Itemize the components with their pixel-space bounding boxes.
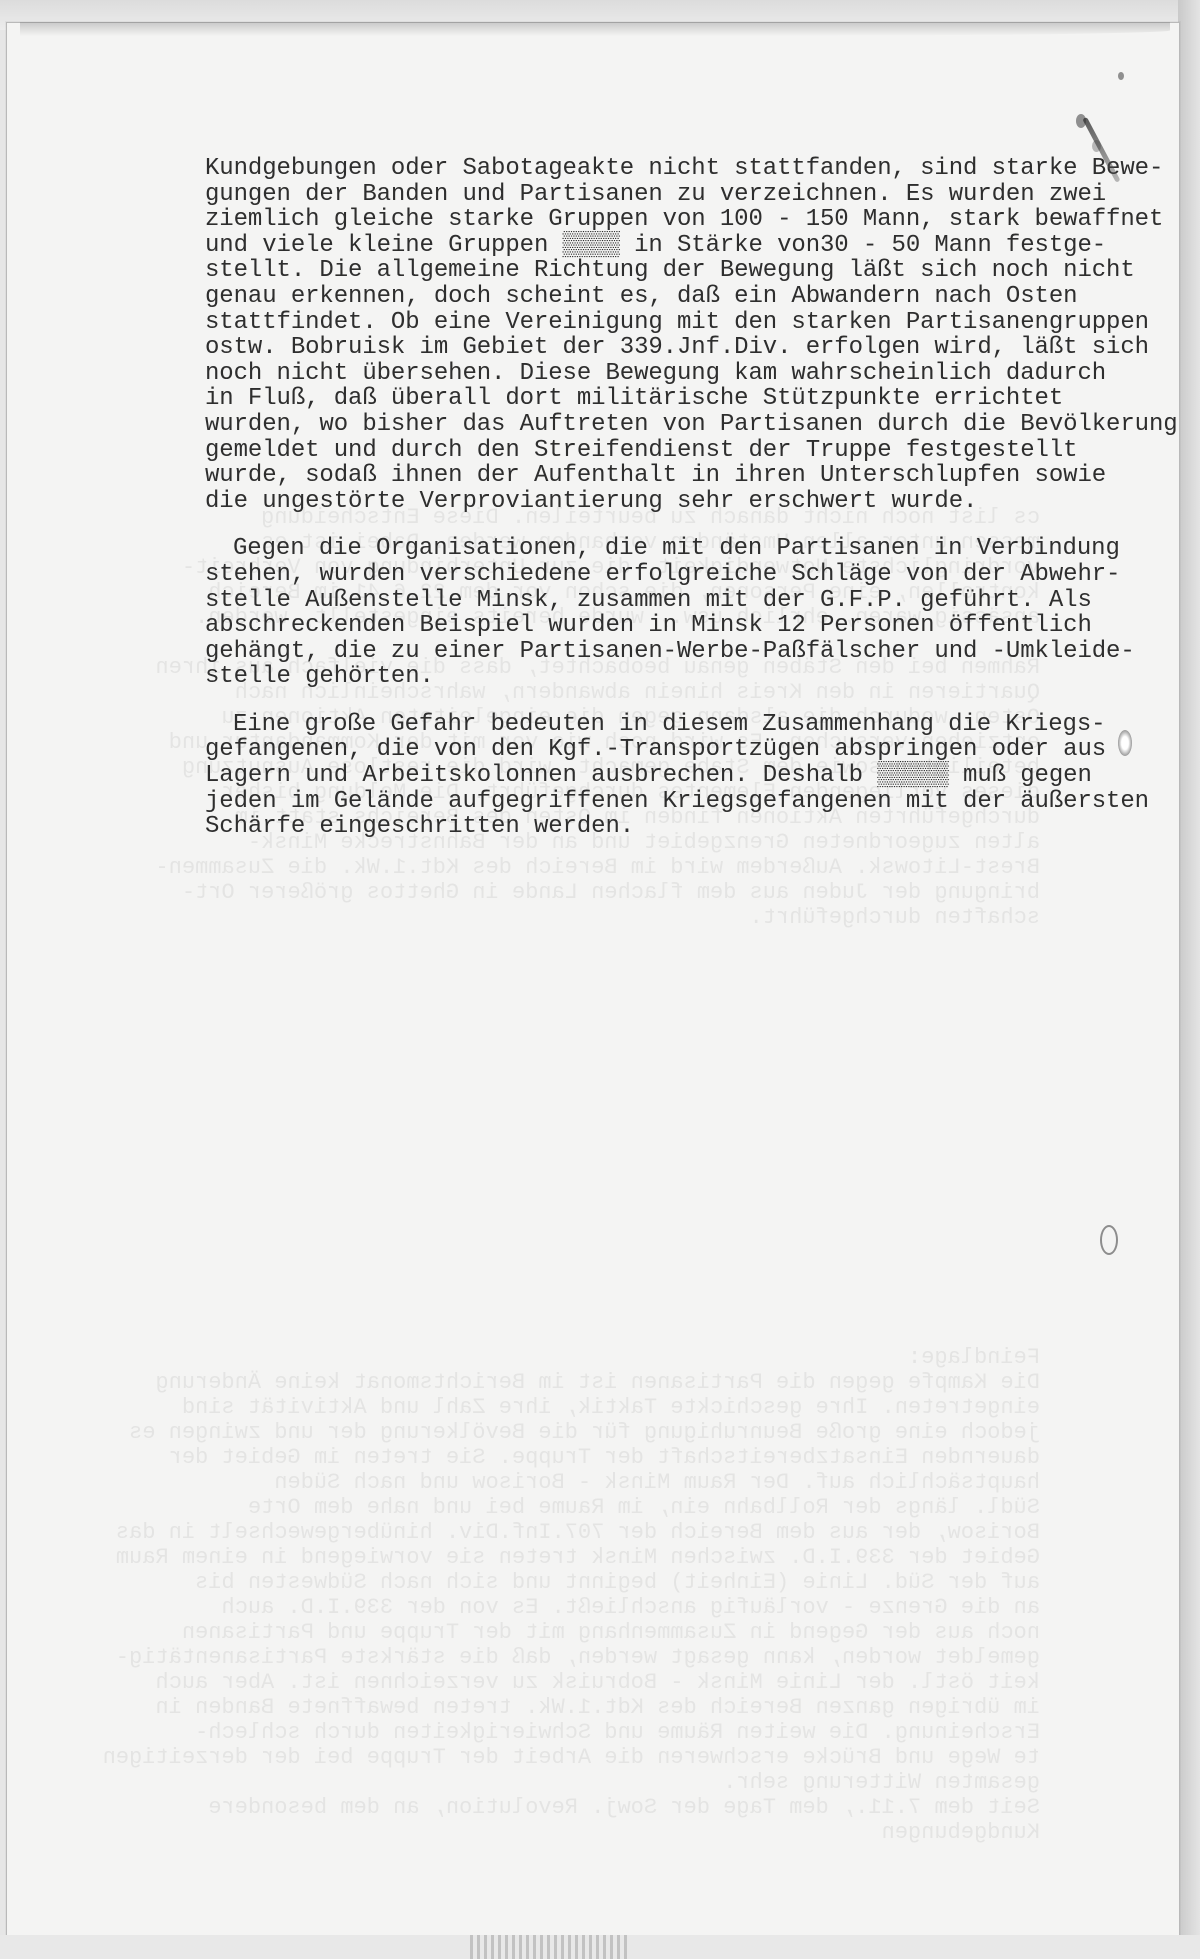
bleed-through-line: Die Kampfe gegen die Partisanen ist im B…: [40, 1370, 1040, 1395]
text-line: stattfindet. Ob eine Vereinigung mit den…: [205, 310, 1185, 336]
text-line: gehängt, die zu einer Partisanen-Werbe-P…: [205, 639, 1185, 665]
text-line: genau erkennen, doch scheint es, daß ein…: [205, 284, 1185, 310]
bleed-through-line: Kundgebungen: [40, 1820, 1040, 1845]
text-line: jeden im Gelände aufgegriffenen Kriegsge…: [205, 789, 1185, 815]
text-line: Lagern und Arbeitskolonnen ausbrechen. D…: [205, 763, 1185, 789]
bleed-through-line: gemeldet worden, kann gesagt werden, daß…: [40, 1645, 1040, 1670]
bleed-through-line: te Wege und Brücke erschweren die Arbeit…: [40, 1745, 1040, 1770]
bleed-through-line: an die Grenze - vorläufig anschließt. Es…: [40, 1595, 1040, 1620]
paragraph-3: Eine große Gefahr bedeuten in diesem Zus…: [205, 712, 1185, 840]
scan-shadow-bottom: [470, 1935, 630, 1959]
text-line: abschreckenden Beispiel wurden in Minsk …: [205, 613, 1185, 639]
text-line: wurden, wo bisher das Auftreten von Part…: [205, 412, 1185, 438]
text-line: stelle gehörten.: [205, 664, 1185, 690]
text-line: Schärfe eingeschritten werden.: [205, 814, 1185, 840]
text-line: ostw. Bobruisk im Gebiet der 339.Jnf.Div…: [205, 335, 1185, 361]
text-line: stehen, wurden verschiedene erfolgreiche…: [205, 562, 1185, 588]
text-line: und viele kleine Gruppen ▒▒▒▒ in Stärke …: [205, 233, 1185, 259]
ring-mark: [1100, 1225, 1118, 1255]
bleed-through-line: eingetreten. Ihre geschickte Taktik, ihr…: [40, 1395, 1040, 1420]
bleed-through-lower: Feindlage:Die Kampfe gegen die Partisane…: [40, 1345, 1040, 1845]
text-line: Kundgebungen oder Sabotageakte nicht sta…: [205, 156, 1185, 182]
paragraph-2: Gegen die Organisationen, die mit den Pa…: [205, 536, 1185, 690]
bleed-through-line: gesamten Witterung sehr.: [40, 1770, 1040, 1795]
text-line: die ungestörte Verproviantierung sehr er…: [205, 489, 1185, 515]
text-line: gefangenen, die von den Kgf.-Transportzü…: [205, 737, 1185, 763]
text-line: Gegen die Organisationen, die mit den Pa…: [205, 536, 1185, 562]
bleed-through-line: jedoch eine große Beunruhigung für die B…: [40, 1420, 1040, 1445]
text-line: wurde, sodaß ihnen der Aufenthalt in ihr…: [205, 463, 1185, 489]
bleed-through-line: bringung der Juden aus dem flachen Lande…: [40, 880, 1040, 905]
text-line: Eine große Gefahr bedeuten in diesem Zus…: [205, 712, 1185, 738]
text-line: stelle Außenstelle Minsk, zusammen mit d…: [205, 588, 1185, 614]
text-line: in Fluß, daß überall dort militärische S…: [205, 386, 1185, 412]
text-line: ziemlich gleiche starke Gruppen von 100 …: [205, 207, 1185, 233]
bleed-through-line: Borisow, der aus dem Bereich der 707.Inf…: [40, 1520, 1040, 1545]
bleed-through-line: auf der Süd. Linie (Einheit) beginnt und…: [40, 1570, 1040, 1595]
text-line: stellt. Die allgemeine Richtung der Bewe…: [205, 258, 1185, 284]
bleed-through-line: schaften durchgeführt.: [40, 905, 1040, 930]
ink-dot-mark: [1118, 72, 1124, 80]
text-line: noch nicht übersehen. Diese Bewegung kam…: [205, 361, 1185, 387]
bleed-through-line: hauptsächlich auf. Der Raum Minsk - Bori…: [40, 1470, 1040, 1495]
paragraph-1: Kundgebungen oder Sabotageakte nicht sta…: [205, 156, 1185, 514]
punch-hole-mark: [1118, 730, 1132, 756]
bleed-through-line: Erscheinung. Die weiten Räume und Schwie…: [40, 1720, 1040, 1745]
page-top-shadow: [20, 22, 1170, 36]
document-body: Kundgebungen oder Sabotageakte nicht sta…: [205, 156, 1185, 862]
bleed-through-line: noch aus der Gegend in Zusammenhang mit …: [40, 1620, 1040, 1645]
bleed-through-line: im übrigen ganzen Bereich des Kdt.1.Wk. …: [40, 1695, 1040, 1720]
bleed-through-line: keit östl. der Linie Minsk - Bobruisk zu…: [40, 1670, 1040, 1695]
bleed-through-line: Südl. längs der Rollbahn ein, im Raume b…: [40, 1495, 1040, 1520]
bleed-through-line: Feindlage:: [40, 1345, 1040, 1370]
bleed-through-line: Seit dem 7.11., dem Tage der Sowj. Revol…: [40, 1795, 1040, 1820]
ink-blot-mark: [1092, 140, 1101, 152]
bleed-through-line: dauernden Einsatzbereitschaft der Truppe…: [40, 1445, 1040, 1470]
text-line: gemeldet und durch den Streifendienst de…: [205, 438, 1185, 464]
text-line: gungen der Banden und Partisanen zu verz…: [205, 182, 1185, 208]
bleed-through-line: Gebiet der 339.I.D. zwischen Minsk trete…: [40, 1545, 1040, 1570]
